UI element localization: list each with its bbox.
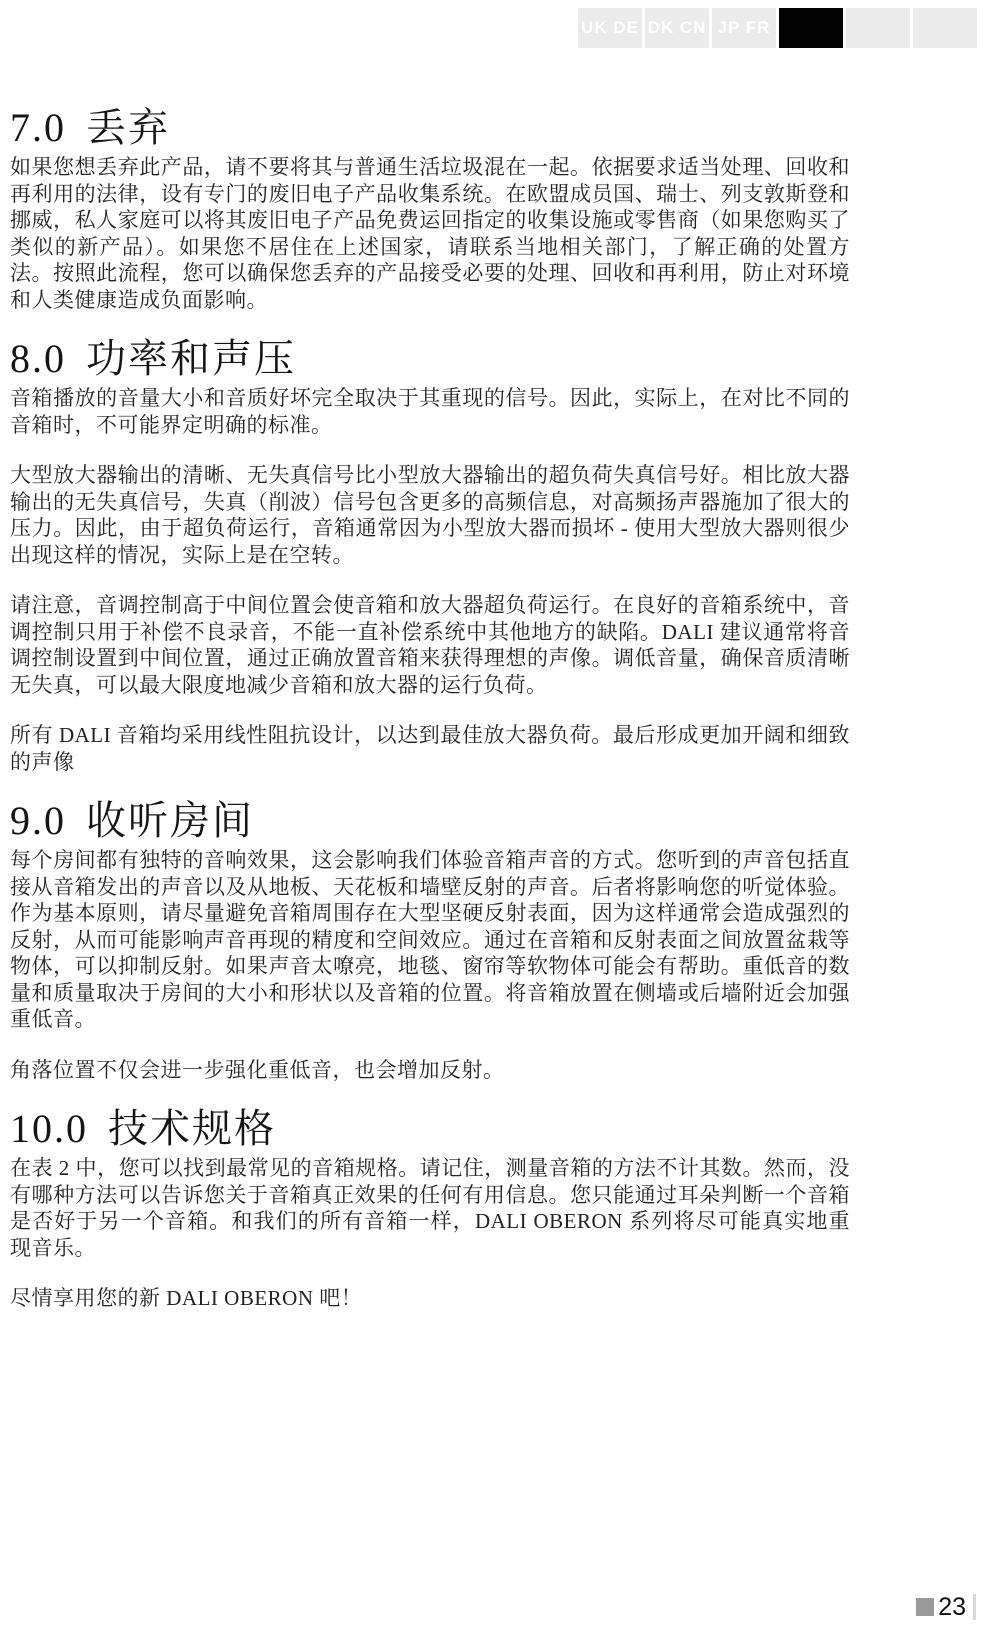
paragraph: 大型放大器输出的清晰、无失真信号比小型放大器输出的超负荷失真信号好。相比放大器输… xyxy=(10,462,850,568)
paragraph: 每个房间都有独特的音响效果，这会影响我们体验音箱声音的方式。您听到的声音包括直接… xyxy=(10,847,850,1033)
lang-tab-dk-cn[interactable]: DK CN xyxy=(645,8,709,48)
page-edge-line xyxy=(973,1594,976,1620)
lang-tab-jp-fr[interactable]: JP FR xyxy=(712,8,776,48)
lang-tab-blank-2[interactable] xyxy=(913,8,977,48)
heading-number: 7.0 xyxy=(10,105,66,150)
heading-title: 收听房间 xyxy=(86,798,254,843)
paragraph: 音箱播放的音量大小和音质好坏完全取决于其重现的信号。因此，实际上，在对比不同的音… xyxy=(10,385,850,438)
section-listening-room: 9.0收听房间 每个房间都有独特的音响效果，这会影响我们体验音箱声音的方式。您听… xyxy=(10,799,850,1083)
section-power-sound-pressure: 8.0功率和声压 音箱播放的音量大小和音质好坏完全取决于其重现的信号。因此，实际… xyxy=(10,337,850,775)
lang-tab-blank-1[interactable] xyxy=(846,8,910,48)
section-heading-listening-room: 9.0收听房间 xyxy=(10,799,850,843)
section-disposal: 7.0丢弃 如果您想丢弃此产品，请不要将其与普通生活垃圾混在一起。依据要求适当处… xyxy=(10,106,850,313)
paragraph: 所有 DALI 音箱均采用线性阻抗设计，以达到最佳放大器负荷。最后形成更加开阔和… xyxy=(10,722,850,775)
page-number: 23 xyxy=(938,1595,966,1620)
heading-number: 10.0 xyxy=(10,1106,88,1151)
paragraph: 在表 2 中，您可以找到最常见的音箱规格。请记住，测量音箱的方法不计其数。然而，… xyxy=(10,1155,850,1261)
paragraph: 角落位置不仅会进一步强化重低音，也会增加反射。 xyxy=(10,1057,850,1084)
section-heading-power: 8.0功率和声压 xyxy=(10,337,850,381)
heading-number: 9.0 xyxy=(10,798,66,843)
language-bar: UK DE DK CN JP FR xyxy=(578,8,977,48)
heading-number: 8.0 xyxy=(10,336,66,381)
heading-title: 技术规格 xyxy=(108,1106,276,1151)
page-content: 7.0丢弃 如果您想丢弃此产品，请不要将其与普通生活垃圾混在一起。依据要求适当处… xyxy=(10,106,850,1336)
page-footer: 23 xyxy=(916,1594,976,1620)
page-marker-square xyxy=(916,1598,934,1616)
paragraph: 尽情享用您的新 DALI OBERON 吧！ xyxy=(10,1285,850,1312)
section-technical-specifications: 10.0技术规格 在表 2 中，您可以找到最常见的音箱规格。请记住，测量音箱的方… xyxy=(10,1107,850,1312)
heading-title: 功率和声压 xyxy=(86,336,296,381)
lang-tab-uk-de[interactable]: UK DE xyxy=(578,8,642,48)
section-heading-specs: 10.0技术规格 xyxy=(10,1107,850,1151)
heading-title: 丢弃 xyxy=(86,105,170,150)
lang-tab-current[interactable] xyxy=(779,8,843,48)
section-heading-disposal: 7.0丢弃 xyxy=(10,106,850,150)
paragraph: 请注意，音调控制高于中间位置会使音箱和放大器超负荷运行。在良好的音箱系统中，音调… xyxy=(10,592,850,698)
paragraph: 如果您想丢弃此产品，请不要将其与普通生活垃圾混在一起。依据要求适当处理、回收和再… xyxy=(10,154,850,313)
